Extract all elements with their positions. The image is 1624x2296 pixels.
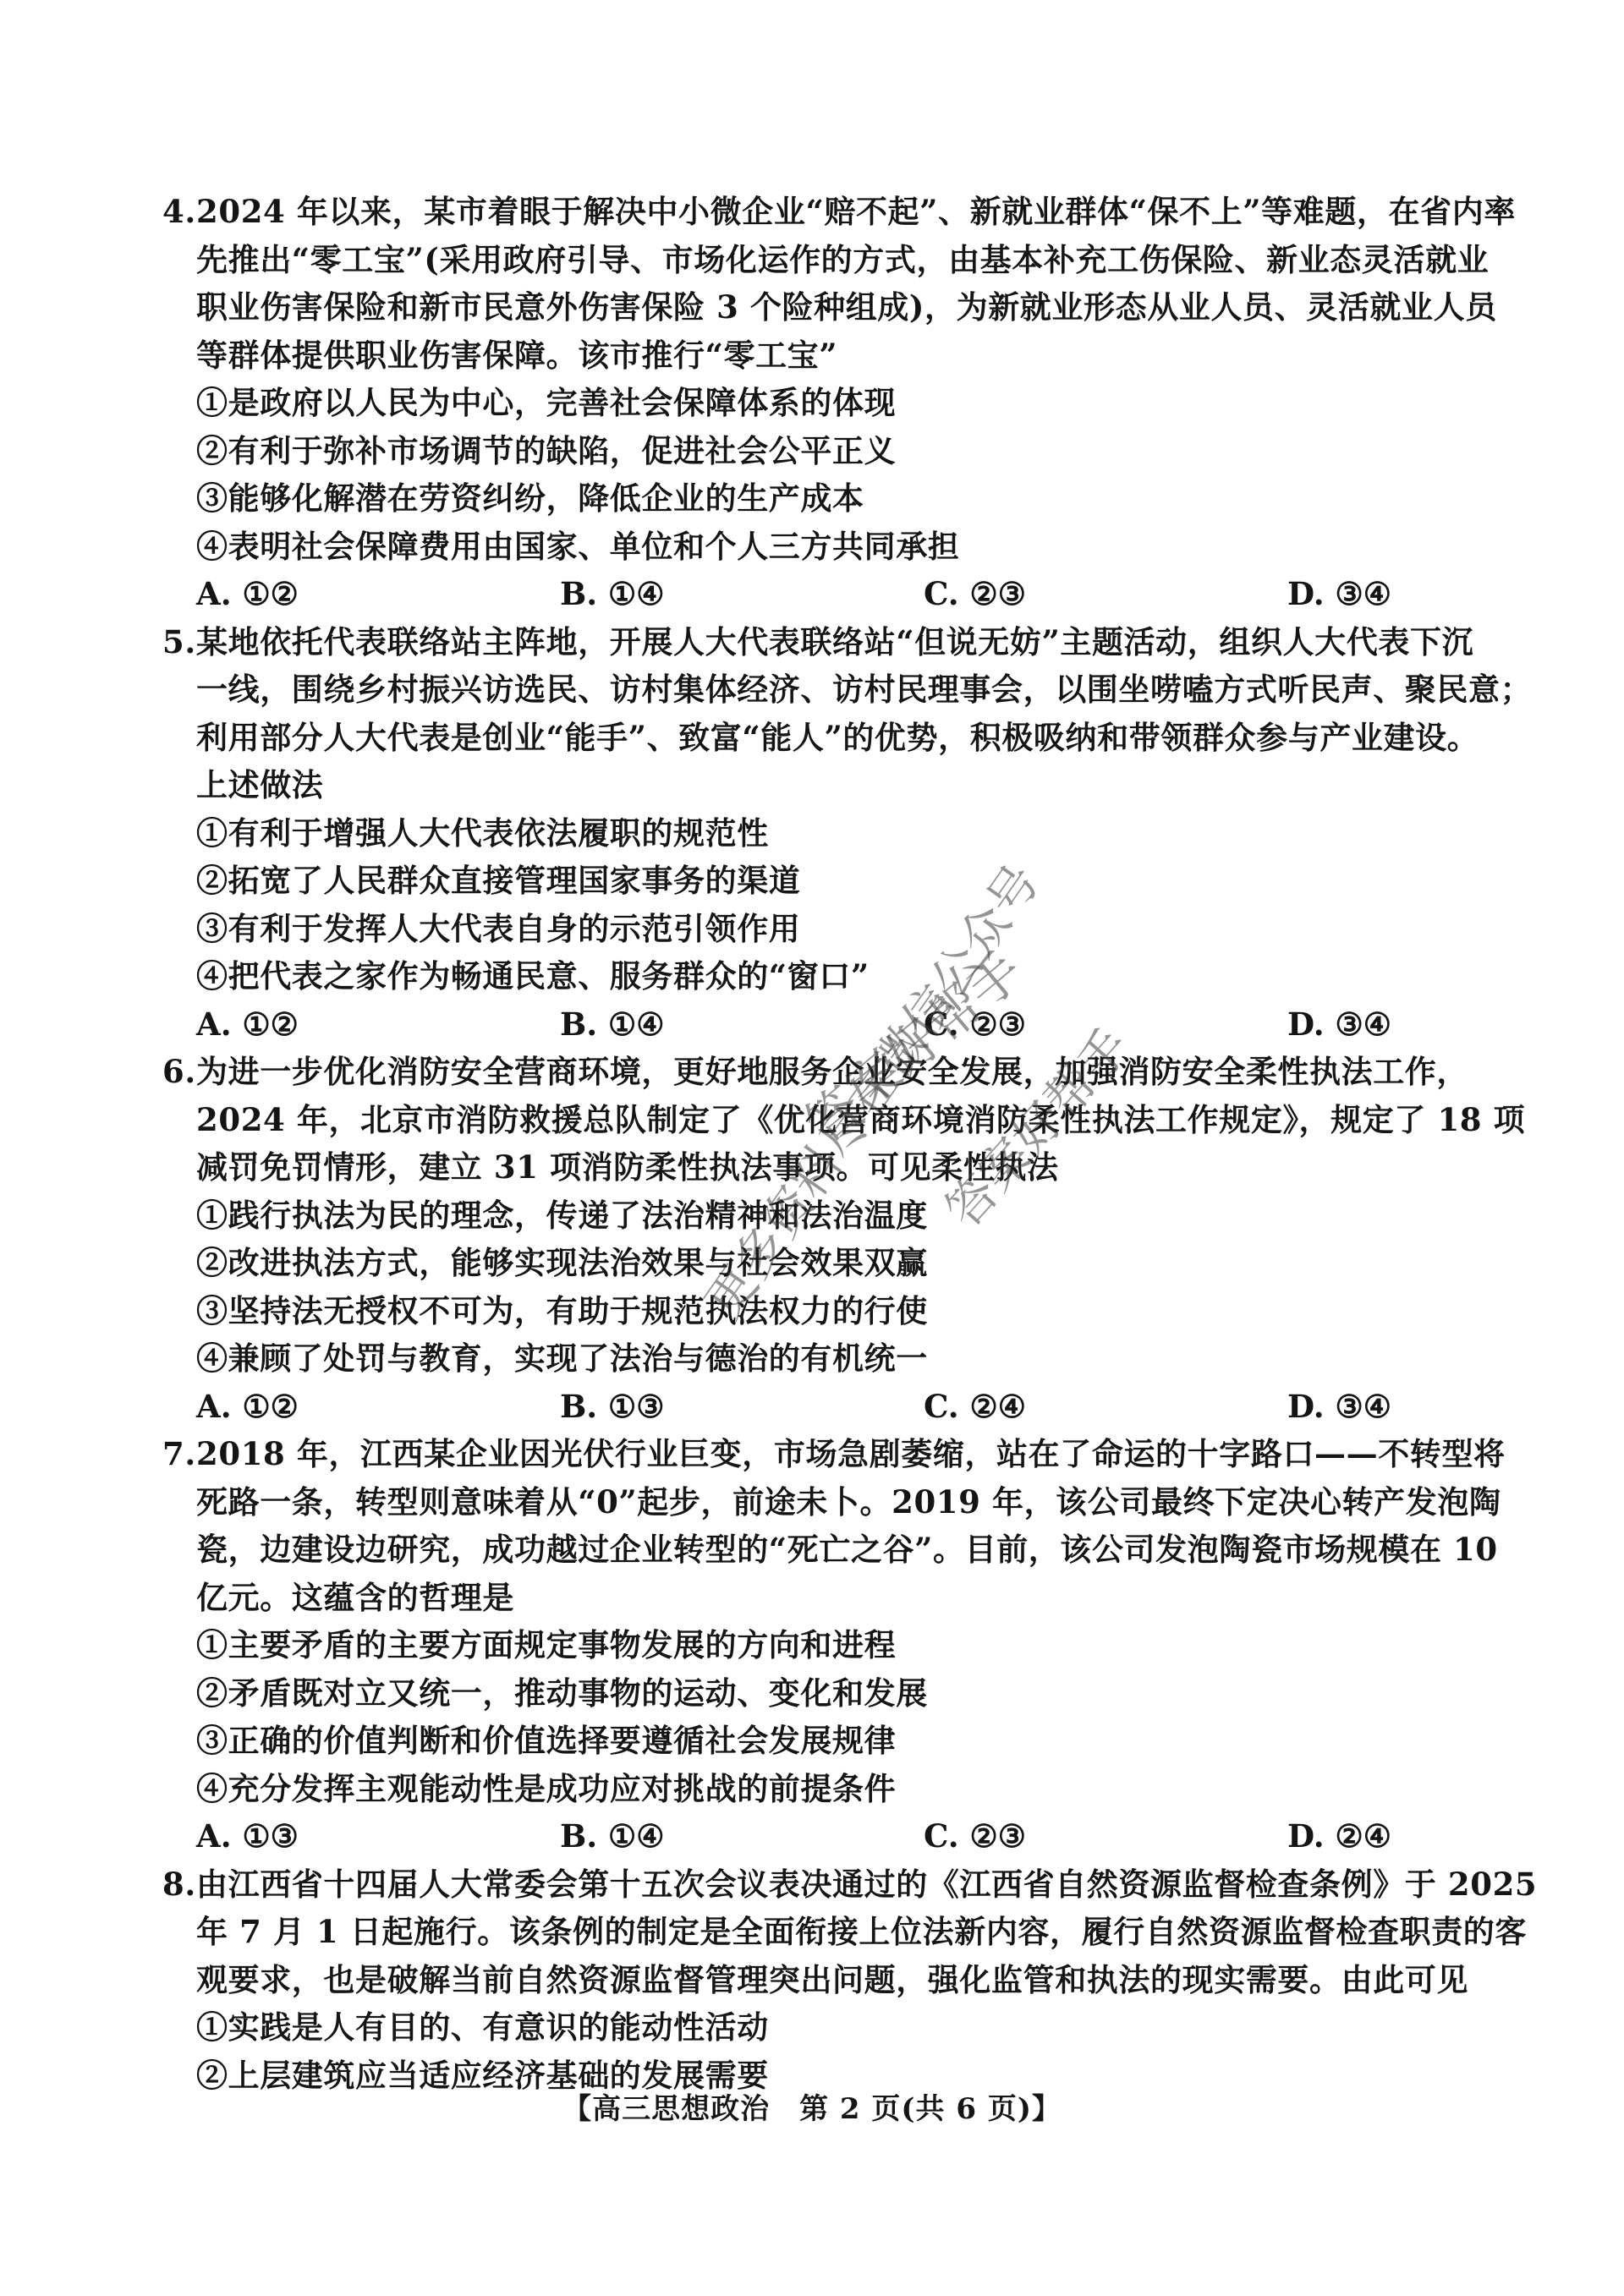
question-stem-line: 死路一条，转型则意味着从“0”起步，前途未卜。2019 年，该公司最终下定决心转… (196, 1478, 1465, 1526)
question-number: 6. (162, 1048, 196, 1096)
question-stem-line: 减罚免罚情形，建立 31 项消防柔性执法事项。可见柔性执法 (196, 1143, 1465, 1192)
statement-1: ①是政府以人民为中心，完善社会保障体系的体现 (196, 379, 1465, 427)
question-number: 7. (162, 1430, 196, 1478)
question-number: 5. (162, 618, 196, 666)
question-7: 7.2018 年，江西某企业因光伏行业巨变，市场急剧萎缩，站在了命运的十字路口—… (196, 1430, 1465, 1860)
statement-2: ②改进执法方式，能够实现法治效果与社会效果双赢 (196, 1239, 1465, 1287)
option-c: C. ②④ (924, 1383, 1287, 1431)
question-8: 8.由江西省十四届人大常委会第十五次会议表决通过的《江西省自然资源监督检查条例》… (196, 1860, 1465, 2100)
option-b: B. ①④ (560, 1812, 924, 1860)
option-d: D. ③④ (1287, 1383, 1391, 1431)
statement-3: ③有利于发挥人大代表自身的示范引领作用 (196, 905, 1465, 953)
statement-4: ④兼顾了处罚与教育，实现了法治与德治的有机统一 (196, 1334, 1465, 1383)
statement-2: ②有利于弥补市场调节的缺陷，促进社会公平正义 (196, 427, 1465, 475)
statement-1: ①有利于增强人大代表依法履职的规范性 (196, 809, 1465, 858)
option-c: C. ②③ (924, 1000, 1287, 1049)
option-c: C. ②③ (924, 570, 1287, 618)
statement-2: ②拓宽了人民群众直接管理国家事务的渠道 (196, 857, 1465, 905)
question-stem-line: 亿元。这蕴含的哲理是 (196, 1574, 1465, 1622)
statement-1: ①主要矛盾的主要方面规定事物发展的方向和进程 (196, 1621, 1465, 1669)
question-number: 4. (162, 188, 196, 236)
answer-options: A. ①② B. ①③ C. ②④ D. ③④ (196, 1383, 1465, 1431)
exam-page-body: 4.2024 年以来，某市着眼于解决中小微企业“赔不起”、新就业群体“保不上”等… (196, 188, 1465, 2099)
statement-3: ③坚持法无授权不可为，有助于规范执法权力的行使 (196, 1287, 1465, 1335)
statement-1: ①践行执法为民的理念，传递了法治精神和法治温度 (196, 1192, 1465, 1240)
question-6: 6.为进一步优化消防安全营商环境，更好地服务企业安全发展，加强消防安全柔性执法工… (196, 1048, 1465, 1430)
option-a: A. ①② (196, 1000, 560, 1049)
question-stem-line: 7.2018 年，江西某企业因光伏行业巨变，市场急剧萎缩，站在了命运的十字路口—… (196, 1430, 1465, 1478)
answer-options: A. ①② B. ①④ C. ②③ D. ③④ (196, 570, 1465, 618)
question-stem-line: 先推出“零工宝”(采用政府引导、市场化运作的方式，由基本补充工伤保险、新业态灵活… (196, 236, 1465, 284)
question-stem-line: 年 7 月 1 日起施行。该条例的制定是全面衔接上位法新内容，履行自然资源监督检… (196, 1908, 1465, 1956)
option-b: B. ①③ (560, 1383, 924, 1431)
option-d: D. ③④ (1287, 570, 1391, 618)
question-stem-line: 职业伤害保险和新市民意外伤害保险 3 个险种组成)，为新就业形态从业人员、灵活就… (196, 283, 1465, 332)
question-stem-line: 上述做法 (196, 761, 1465, 809)
statement-4: ④把代表之家作为畅通民意、服务群众的“窗口” (196, 952, 1465, 1000)
answer-options: A. ①② B. ①④ C. ②③ D. ③④ (196, 1000, 1465, 1049)
question-stem-line: 一线，围绕乡村振兴访选民、访村集体经济、访村民理事会，以围坐唠嗑方式听民声、聚民… (196, 666, 1465, 714)
question-stem-line: 瓷，边建设边研究，成功越过企业转型的“死亡之谷”。目前，该公司发泡陶瓷市场规模在… (196, 1526, 1465, 1574)
statement-3: ③能够化解潜在劳资纠纷，降低企业的生产成本 (196, 474, 1465, 523)
question-stem-line: 观要求，也是破解当前自然资源监督管理突出问题，强化监管和执法的现实需要。由此可见 (196, 1956, 1465, 2004)
question-stem-line: 2024 年，北京市消防救援总队制定了《优化营商环境消防柔性执法工作规定》，规定… (196, 1096, 1465, 1144)
question-4: 4.2024 年以来，某市着眼于解决中小微企业“赔不起”、新就业群体“保不上”等… (196, 188, 1465, 618)
option-a: A. ①③ (196, 1812, 560, 1860)
option-b: B. ①④ (560, 1000, 924, 1049)
option-d: D. ②④ (1287, 1812, 1391, 1860)
answer-options: A. ①③ B. ①④ C. ②③ D. ②④ (196, 1812, 1465, 1860)
question-stem-line: 5.某地依托代表联络站主阵地，开展人大代表联络站“但说无妨”主题活动，组织人大代… (196, 618, 1465, 666)
option-b: B. ①④ (560, 570, 924, 618)
question-stem-line: 8.由江西省十四届人大常委会第十五次会议表决通过的《江西省自然资源监督检查条例》… (196, 1860, 1465, 1909)
option-d: D. ③④ (1287, 1000, 1391, 1049)
option-c: C. ②③ (924, 1812, 1287, 1860)
statement-1: ①实践是人有目的、有意识的能动性活动 (196, 2003, 1465, 2052)
statement-2: ②矛盾既对立又统一，推动事物的运动、变化和发展 (196, 1669, 1465, 1718)
question-stem-line: 6.为进一步优化消防安全营商环境，更好地服务企业安全发展，加强消防安全柔性执法工… (196, 1048, 1465, 1096)
question-5: 5.某地依托代表联络站主阵地，开展人大代表联络站“但说无妨”主题活动，组织人大代… (196, 618, 1465, 1049)
option-a: A. ①② (196, 570, 560, 618)
statement-3: ③正确的价值判断和价值选择要遵循社会发展规律 (196, 1717, 1465, 1765)
statement-4: ④表明社会保障费用由国家、单位和个人三方共同承担 (196, 523, 1465, 571)
question-number: 8. (162, 1860, 196, 1909)
option-a: A. ①② (196, 1383, 560, 1431)
question-stem-line: 利用部分人大代表是创业“能手”、致富“能人”的优势，积极吸纳和带领群众参与产业建… (196, 714, 1465, 762)
page-footer: 【高三思想政治 第 2 页(共 6 页)】 (0, 2085, 1624, 2127)
statement-4: ④充分发挥主观能动性是成功应对挑战的前提条件 (196, 1765, 1465, 1813)
question-stem-line: 等群体提供职业伤害保障。该市推行“零工宝” (196, 332, 1465, 380)
question-stem-line: 4.2024 年以来，某市着眼于解决中小微企业“赔不起”、新就业群体“保不上”等… (196, 188, 1465, 236)
